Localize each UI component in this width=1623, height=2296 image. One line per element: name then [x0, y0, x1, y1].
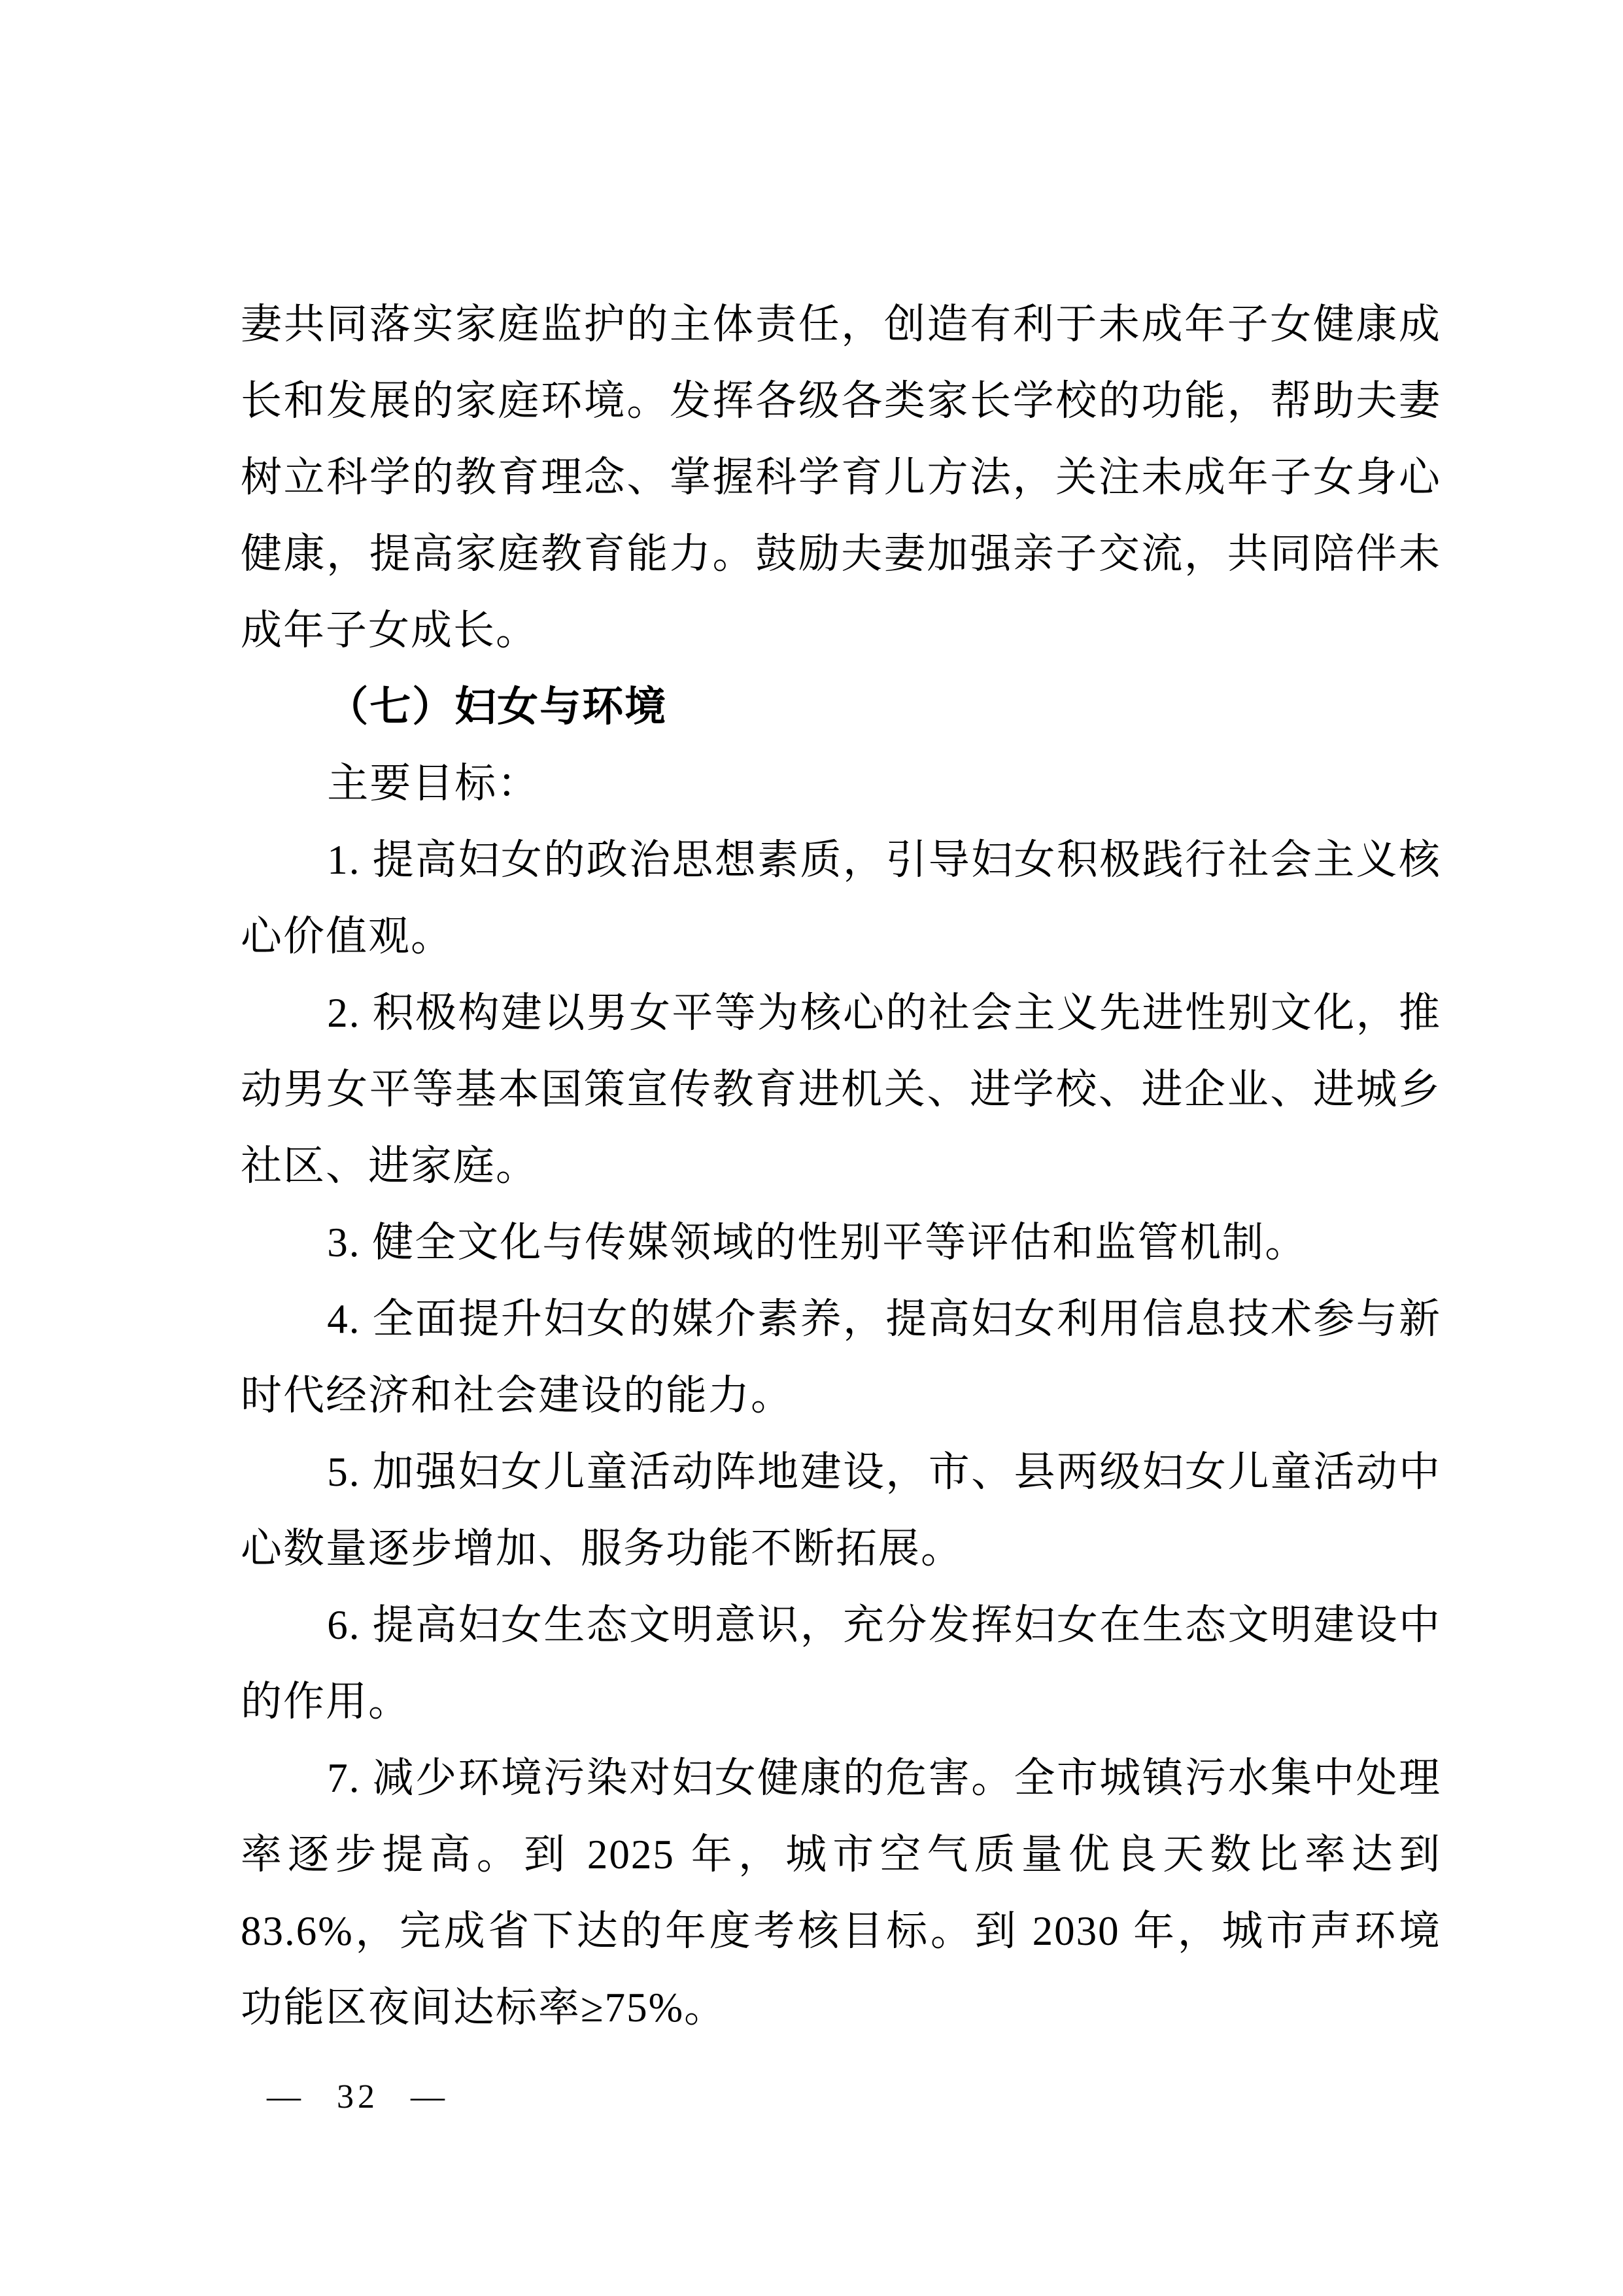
section-heading: （七）妇女与环境	[241, 669, 1441, 745]
numbered-item-2: 2. 积极构建以男女平等为核心的社会主义先进性别文化，推动男女平等基本国策宣传教…	[241, 975, 1441, 1205]
numbered-item-1: 1. 提高妇女的政治思想素质，引导妇女积极践行社会主义核心价值观。	[241, 822, 1441, 975]
numbered-item-4: 4. 全面提升妇女的媒介素养，提高妇女利用信息技术参与新时代经济和社会建设的能力…	[241, 1281, 1441, 1434]
numbered-item-5: 5. 加强妇女儿童活动阵地建设，市、县两级妇女儿童活动中心数量逐步增加、服务功能…	[241, 1434, 1441, 1587]
subheading-main-goals: 主要目标：	[241, 745, 1441, 822]
page-number: — 32 —	[267, 2074, 449, 2120]
numbered-item-7: 7. 减少环境污染对妇女健康的危害。全市城镇污水集中处理率逐步提高。到 2025…	[241, 1740, 1441, 2046]
numbered-item-6: 6. 提高妇女生态文明意识，充分发挥妇女在生态文明建设中的作用。	[241, 1587, 1441, 1740]
document-body: 妻共同落实家庭监护的主体责任，创造有利于未成年子女健康成长和发展的家庭环境。发挥…	[241, 286, 1441, 2046]
numbered-item-3: 3. 健全文化与传媒领域的性别平等评估和监管机制。	[241, 1205, 1441, 1281]
paragraph-body-continuation: 妻共同落实家庭监护的主体责任，创造有利于未成年子女健康成长和发展的家庭环境。发挥…	[241, 286, 1441, 669]
document-page: 妻共同落实家庭监护的主体责任，创造有利于未成年子女健康成长和发展的家庭环境。发挥…	[0, 0, 1623, 2296]
